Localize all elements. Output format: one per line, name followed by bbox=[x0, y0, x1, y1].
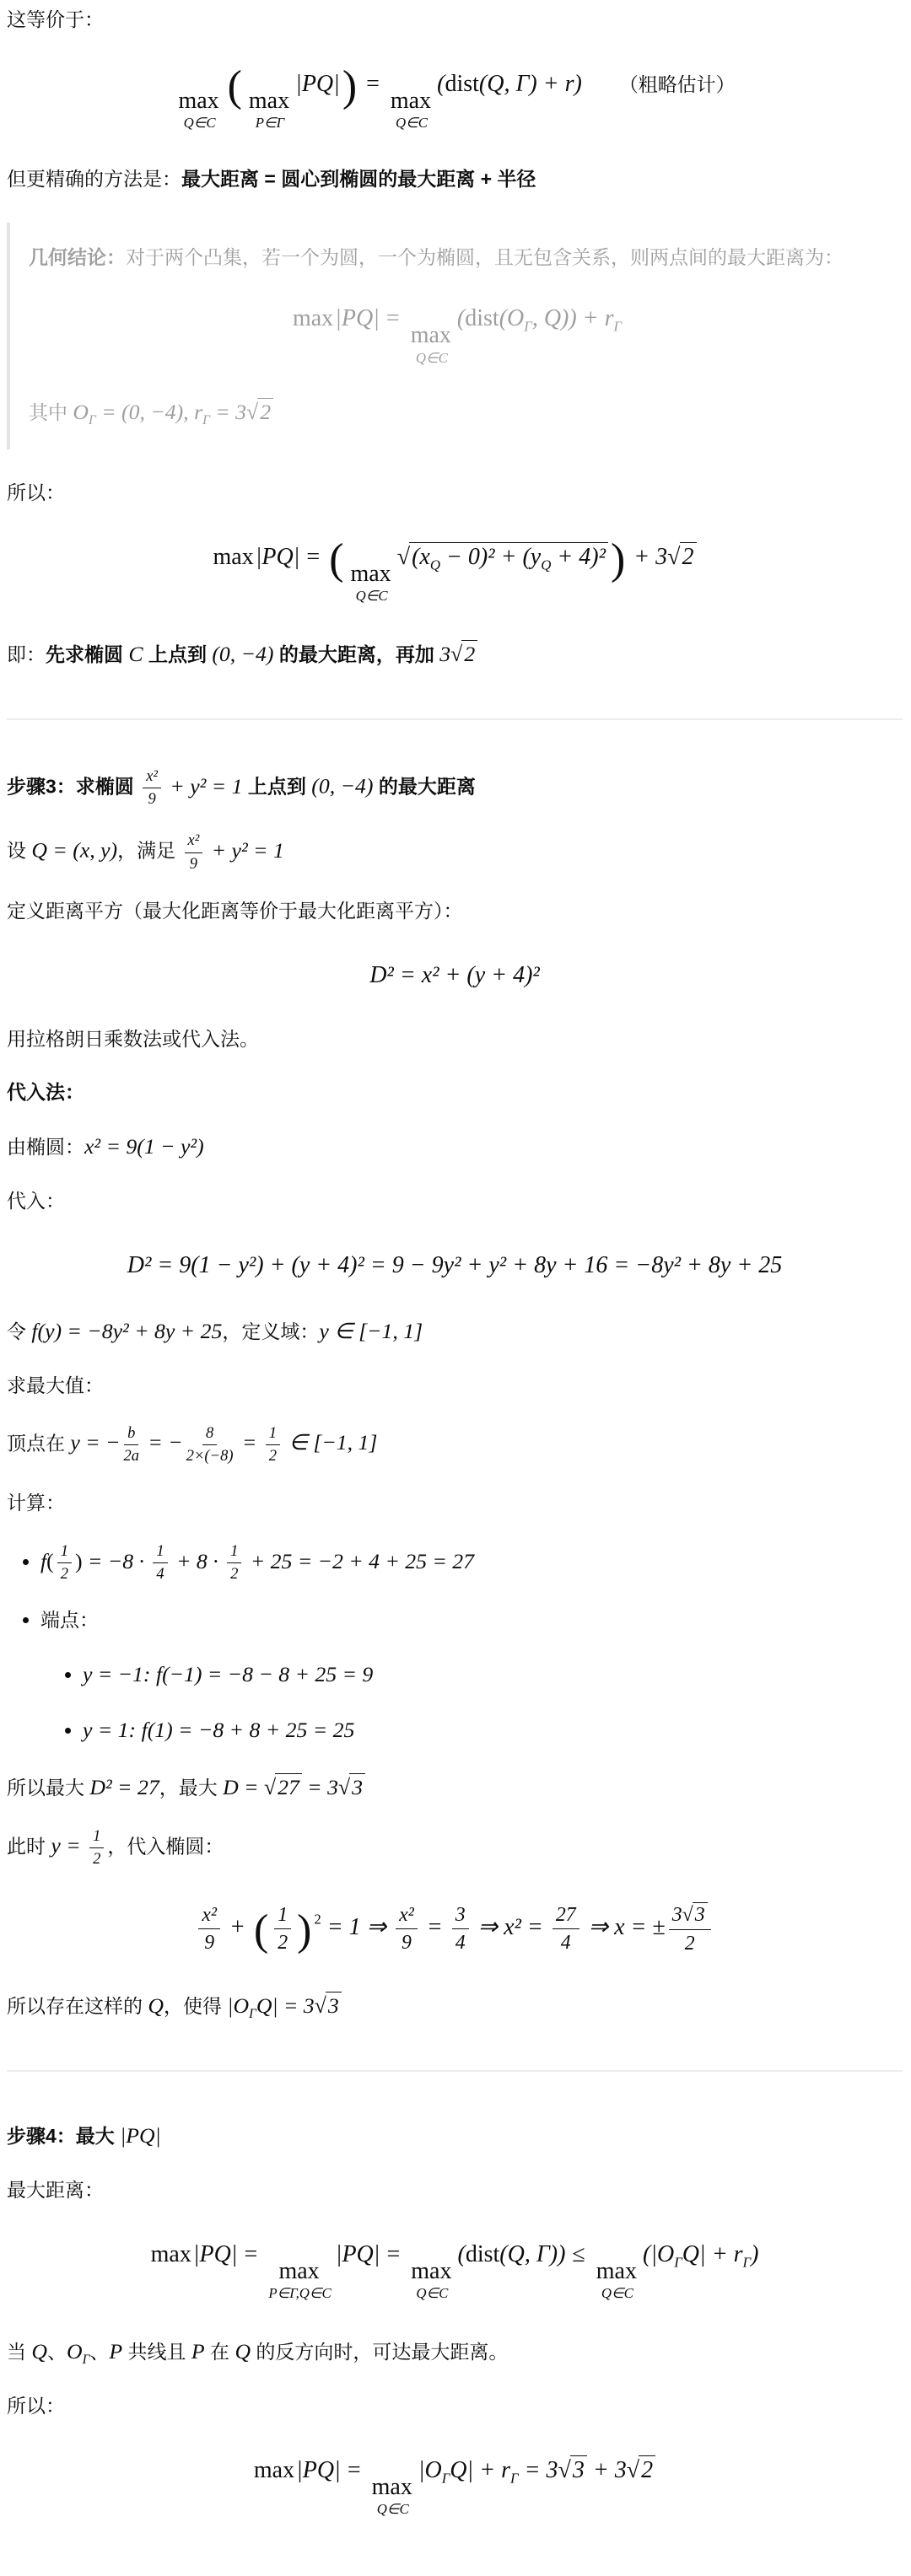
quote-paragraph: 其中 OΓ = (0, −4), rΓ = 3√2 bbox=[29, 395, 886, 429]
math: = bbox=[237, 1430, 262, 1455]
paragraph-max-distance-label: 最大距离： bbox=[7, 2175, 903, 2206]
max-label: max bbox=[178, 89, 218, 113]
max-operator: maxQ∈C bbox=[596, 2259, 639, 2301]
quote-paragraph: 几何结论：对于两个凸集，若一个为圆，一个为椭圆，且无包含关系，则两点间的最大距离… bbox=[29, 243, 886, 273]
denominator: 2 bbox=[230, 1563, 238, 1584]
list-item-endpoint-neg1: y = −1: f(−1) = −8 − 8 + 25 = 9 bbox=[83, 1658, 903, 1691]
math: Q bbox=[148, 1993, 164, 2018]
math: |O bbox=[418, 2457, 442, 2483]
math: y ∈ [−1, 1] bbox=[319, 1319, 423, 1343]
max-condition: Q∈C bbox=[416, 2286, 448, 2301]
equation-d-squared: D² = x² + (y + 4)² bbox=[7, 960, 903, 991]
heading-text: 上点到 bbox=[243, 776, 312, 798]
numerator: 3 bbox=[452, 1903, 469, 1930]
equation-bound: max|PQ|=maxP∈Γ,Q∈C|PQ|=maxQ∈C(dist(Q, Γ)… bbox=[7, 2240, 903, 2301]
math: + 8 · bbox=[171, 1549, 224, 1573]
big-paren-left: ( bbox=[254, 1906, 268, 1955]
math: D = bbox=[223, 1775, 264, 1799]
text: ，代入椭圆： bbox=[107, 1835, 224, 1857]
denominator: 4 bbox=[156, 1563, 164, 1584]
numerator: x² bbox=[185, 831, 203, 852]
math: (|O bbox=[643, 2241, 674, 2267]
denominator: 2 bbox=[685, 1930, 695, 1956]
math: = 3 bbox=[210, 400, 246, 424]
math: + y² = 1 bbox=[206, 838, 284, 863]
equation-expanded: D² = 9(1 − y²) + (y + 4)² = 9 − 9y² + y²… bbox=[7, 1250, 903, 1281]
radical-sign: √ bbox=[558, 2457, 570, 2483]
square-root: √2 bbox=[450, 642, 477, 666]
nested-bullet-list: y = −1: f(−1) = −8 − 8 + 25 = 9 y = 1: f… bbox=[40, 1658, 903, 1747]
paragraph-max-d: 所以最大 D² = 27，最大 D = √27 = 3√3 bbox=[7, 1771, 903, 1804]
subscript: Γ bbox=[442, 2470, 450, 2486]
max-label: max bbox=[293, 305, 333, 331]
math: |PQ| bbox=[336, 2241, 380, 2267]
fraction: 34 bbox=[452, 1903, 469, 1955]
equals: = bbox=[386, 2241, 400, 2267]
denominator: 9 bbox=[148, 788, 155, 809]
math: y = − bbox=[70, 1430, 120, 1455]
math: y = bbox=[51, 1833, 86, 1858]
paragraph-y-half: 此时 y = 12，代入椭圆： bbox=[7, 1827, 903, 1869]
numerator: x² bbox=[396, 1903, 418, 1930]
math: |PQ| bbox=[296, 2457, 341, 2483]
square-root: √(xQ − 0)² + (yQ + 4)² bbox=[397, 544, 608, 570]
math: ( bbox=[457, 305, 465, 331]
less-equal: ≤ bbox=[572, 2241, 585, 2267]
text: 当 bbox=[7, 2341, 31, 2363]
big-paren-left: ( bbox=[329, 535, 343, 583]
paragraph-method: 但更精确的方法是：最大距离 = 圆心到椭圆的最大距离 + 半径 bbox=[7, 164, 903, 195]
math: = (0, −4) bbox=[96, 400, 183, 424]
denominator: 9 bbox=[402, 1929, 412, 1955]
math: |O bbox=[227, 1993, 249, 2018]
radical-sign: √ bbox=[315, 1993, 326, 2018]
max-operator: maxQ∈C bbox=[372, 2475, 414, 2517]
math: r bbox=[605, 305, 614, 331]
text: 所以： bbox=[7, 481, 65, 503]
fraction: 274 bbox=[553, 1903, 579, 1955]
text: 计算： bbox=[7, 1492, 65, 1514]
heading-text: 的最大距离 bbox=[373, 776, 475, 798]
square-root: √3 bbox=[315, 1993, 342, 2018]
math: Q| = 3 bbox=[256, 1993, 315, 2018]
max-label: max bbox=[596, 2259, 637, 2283]
math: (Q, Γ) + r) bbox=[479, 71, 582, 97]
dist-label: dist bbox=[466, 2241, 499, 2267]
bold-text: 代入法： bbox=[7, 1081, 84, 1103]
heading-step3: 步骤3：求椭圆 x²9 + y² = 1 上点到 (0, −4) 的最大距离 bbox=[7, 767, 903, 809]
max-label: max bbox=[350, 562, 391, 586]
equals: = bbox=[366, 71, 380, 97]
math: + 25 = −2 + 4 + 25 = 27 bbox=[245, 1549, 474, 1573]
text: 这等价于： bbox=[7, 8, 104, 30]
max-label: max bbox=[411, 323, 451, 347]
radicand: 27 bbox=[275, 1773, 302, 1800]
text: 顶点在 bbox=[7, 1432, 70, 1454]
math: (0, −4) bbox=[212, 642, 273, 666]
subscript: Γ bbox=[249, 2008, 256, 2022]
radicand: 2 bbox=[680, 542, 697, 571]
denominator: 4 bbox=[455, 1929, 466, 1955]
text: 但更精确的方法是： bbox=[7, 168, 181, 190]
numerator: 1 bbox=[274, 1903, 291, 1930]
denominator: 2 bbox=[61, 1563, 68, 1584]
max-operator: maxQ∈C bbox=[391, 89, 433, 131]
fraction: x²9 bbox=[396, 1903, 418, 1955]
square-root: √27 bbox=[264, 1775, 302, 1799]
radicand: 3 bbox=[693, 1902, 708, 1927]
equation-quote: max|PQ|=maxQ∈C(dist(OΓ, Q)) + rΓ bbox=[29, 304, 886, 365]
max-operator: maxP∈Γ bbox=[249, 89, 291, 131]
text: 最大距离： bbox=[7, 2179, 104, 2201]
heading-step4: 步骤4：最大 |PQ| bbox=[7, 2119, 903, 2153]
paragraph-function: 令 f(y) = −8y² + 8y + 25，定义域：y ∈ [−1, 1] bbox=[7, 1315, 903, 1348]
dist-label: dist bbox=[445, 71, 478, 97]
math: + bbox=[224, 1914, 251, 1940]
subscript: Γ bbox=[743, 2254, 752, 2270]
math: (x bbox=[412, 544, 430, 570]
list-item-endpoints: 端点： y = −1: f(−1) = −8 − 8 + 25 = 9 y = … bbox=[40, 1605, 903, 1746]
annotation: （粗略估计） bbox=[619, 73, 736, 95]
big-paren-right: ) bbox=[342, 62, 357, 110]
numerator: 3√3 bbox=[669, 1902, 711, 1930]
math: , bbox=[183, 400, 194, 424]
bold-text: 先求椭圆 bbox=[46, 643, 128, 665]
equation-final-answer: max|PQ|=maxQ∈C|OΓQ| + rΓ = 3√3 + 3√2 bbox=[7, 2455, 903, 2517]
radical-sign: √ bbox=[627, 2457, 639, 2483]
paragraph-exists-q: 所以存在这样的 Q，使得 |OΓQ| = 3√3 bbox=[7, 1989, 903, 2023]
math: O bbox=[67, 2339, 83, 2364]
text: ，满足 bbox=[117, 840, 181, 862]
radicand: 3 bbox=[570, 2455, 587, 2484]
max-operator: maxQ∈C bbox=[178, 89, 220, 131]
max-condition: Q∈C bbox=[396, 116, 428, 131]
paragraph-setup: 设 Q = (x, y)，满足 x²9 + y² = 1 bbox=[7, 831, 903, 874]
equals: = bbox=[386, 305, 400, 331]
math: Q| + r bbox=[682, 2241, 743, 2267]
paragraph-define: 定义距离平方（最大化距离等价于最大化距离平方）： bbox=[7, 896, 903, 927]
text: 设 bbox=[7, 840, 31, 862]
text: 的反方向时，可达最大距离。 bbox=[251, 2341, 508, 2363]
math: = 3 bbox=[302, 1775, 338, 1799]
blockquote-geometry: 几何结论：对于两个凸集，若一个为圆，一个为椭圆，且无包含关系，则两点间的最大距离… bbox=[7, 223, 903, 449]
fraction: 12 bbox=[227, 1542, 241, 1584]
math: − 0)² + (y bbox=[440, 544, 541, 570]
paragraph-from-ellipse: 由椭圆：x² = 9(1 − y²) bbox=[7, 1130, 903, 1164]
max-condition: Q∈C bbox=[377, 2502, 409, 2517]
heading-text: 步骤4：最大 bbox=[7, 2125, 120, 2147]
radical-sign: √ bbox=[264, 1775, 276, 1799]
math: P bbox=[109, 2339, 122, 2364]
big-paren-right: ) bbox=[611, 535, 625, 583]
subscript: Q bbox=[430, 557, 440, 573]
math: 3 bbox=[439, 642, 450, 666]
denominator: 2a bbox=[123, 1445, 139, 1465]
math: ⇒ x = ± bbox=[583, 1914, 666, 1940]
math: ∈ [−1, 1] bbox=[283, 1430, 377, 1455]
math: x²9 + y² = 1 bbox=[139, 774, 242, 799]
fraction: x²9 bbox=[185, 831, 203, 874]
fraction: b2a bbox=[123, 1424, 139, 1466]
math: x²9 + y² = 1 bbox=[181, 838, 284, 863]
fraction: 12 bbox=[274, 1903, 291, 1955]
fraction: 82×(−8) bbox=[186, 1424, 234, 1466]
exponent: 2 bbox=[314, 1912, 321, 1928]
numerator: 1 bbox=[266, 1424, 280, 1445]
numerator: b bbox=[124, 1424, 138, 1445]
square-root: √2 bbox=[246, 400, 273, 424]
math: + 3 bbox=[628, 544, 667, 570]
math: ( bbox=[457, 2241, 465, 2267]
divider bbox=[7, 718, 903, 720]
math: Q| + r bbox=[450, 2457, 510, 2483]
math: D² = 9(1 − y²) + (y + 4)² = 9 − 9y² + y²… bbox=[127, 1252, 783, 1278]
radical-sign: √ bbox=[246, 400, 258, 424]
big-paren-right: ) bbox=[297, 1906, 311, 1955]
square-root: √2 bbox=[627, 2457, 655, 2483]
math: |OΓQ| = 3√3 bbox=[227, 1993, 341, 2018]
text: 共线且 bbox=[122, 2341, 191, 2363]
paragraph-methods: 用拉格朗日乘数法或代入法。 bbox=[7, 1024, 903, 1055]
max-condition: Q∈C bbox=[416, 351, 448, 366]
numerator: x² bbox=[143, 767, 161, 788]
math: + 4)² bbox=[551, 544, 606, 570]
max-label: max bbox=[411, 2259, 451, 2283]
text: 由椭圆： bbox=[7, 1136, 84, 1158]
subscript: Γ bbox=[202, 413, 210, 428]
math: OΓ = (0, −4), rΓ = 3√2 bbox=[73, 400, 273, 424]
text: 在 bbox=[205, 2341, 235, 2363]
paragraph-intro: 这等价于： bbox=[7, 5, 903, 35]
radical-sign: √ bbox=[397, 544, 410, 570]
radicand: 3 bbox=[326, 1992, 342, 2019]
numerator: 27 bbox=[553, 1903, 579, 1930]
math: x² = 9(1 − y²) bbox=[84, 1134, 204, 1159]
math: ( bbox=[499, 305, 507, 331]
radicand: 2 bbox=[639, 2455, 655, 2484]
denominator: 4 bbox=[561, 1929, 571, 1955]
equation-max-distance: max|PQ|=(maxQ∈C√(xQ − 0)² + (yQ + 4)²) +… bbox=[7, 542, 903, 604]
max-condition: P∈Γ bbox=[256, 116, 284, 131]
paragraph-substitute: 代入： bbox=[7, 1186, 903, 1217]
math: |PQ| bbox=[295, 71, 340, 97]
text: ，使得 bbox=[164, 1995, 227, 2017]
text: 、 bbox=[47, 2341, 67, 2363]
math: O bbox=[507, 305, 524, 331]
text: 即： bbox=[7, 643, 46, 665]
paragraph-collinear: 当 Q、OΓ、P 共线且 P 在 Q 的反方向时，可达最大距离。 bbox=[7, 2335, 903, 2369]
quote-label: 几何结论： bbox=[29, 246, 126, 268]
numerator: x² bbox=[198, 1903, 220, 1930]
document: 这等价于： maxQ∈C(maxP∈Γ|PQ|)=maxQ∈C(dist(Q, … bbox=[0, 0, 911, 2576]
text: ，定义域： bbox=[222, 1320, 319, 1342]
max-label: max bbox=[372, 2475, 412, 2499]
equals: = bbox=[245, 2241, 258, 2267]
math: 3 bbox=[672, 1904, 682, 1926]
radical-sign: √ bbox=[338, 1775, 350, 1799]
math: f(12) = −8 · 14 + 8 · 12 + 25 = −2 + 4 +… bbox=[40, 1549, 474, 1573]
max-condition: P∈Γ,Q∈C bbox=[268, 2286, 331, 2301]
list-item-endpoint-pos1: y = 1: f(1) = −8 + 8 + 25 = 25 bbox=[83, 1713, 903, 1747]
math: |PQ| bbox=[193, 2241, 238, 2267]
subscript: Γ bbox=[89, 413, 96, 428]
fraction: 14 bbox=[153, 1542, 167, 1584]
square-root: √3 bbox=[338, 1775, 365, 1799]
list-item-vertex-value: f(12) = −8 · 14 + 8 · 12 + 25 = −2 + 4 +… bbox=[40, 1542, 903, 1584]
fraction: 12 bbox=[266, 1424, 280, 1466]
paragraph-find-max: 求最大值： bbox=[7, 1371, 903, 1401]
math: C bbox=[128, 642, 143, 666]
paragraph-vertex: 顶点在 y = −b2a = −82×(−8) = 12 ∈ [−1, 1] bbox=[7, 1424, 903, 1466]
numerator: 1 bbox=[227, 1542, 241, 1563]
math: = bbox=[421, 1914, 449, 1940]
fraction: x²9 bbox=[198, 1903, 220, 1955]
subscript: Γ bbox=[613, 319, 622, 335]
math: r bbox=[194, 400, 202, 424]
equation-rough-estimate: maxQ∈C(maxP∈Γ|PQ|)=maxQ∈C(dist(Q, Γ) + r… bbox=[7, 69, 903, 131]
math: |PQ| bbox=[335, 305, 380, 331]
math: ( bbox=[46, 1549, 54, 1573]
big-paren-left: ( bbox=[228, 62, 242, 110]
subscript: Q bbox=[541, 557, 551, 573]
denominator: 2 bbox=[93, 1848, 100, 1869]
dist-label: dist bbox=[465, 305, 499, 331]
text: 端点： bbox=[40, 1609, 99, 1631]
subscript: Γ bbox=[674, 2254, 682, 2270]
divider bbox=[7, 2070, 903, 2072]
math: Q = (x, y) bbox=[31, 838, 117, 863]
bold-text: 的最大距离，再加 bbox=[274, 643, 440, 665]
max-condition: Q∈C bbox=[356, 589, 388, 604]
heading-text: 步骤3：求椭圆 bbox=[7, 776, 139, 798]
math: D = √27 = 3√3 bbox=[223, 1775, 365, 1799]
math: = −8 · bbox=[83, 1549, 150, 1573]
numerator: 1 bbox=[89, 1827, 104, 1848]
text: 代入： bbox=[7, 1190, 65, 1212]
denominator: 2×(−8) bbox=[186, 1445, 234, 1465]
text: 其中 bbox=[29, 401, 73, 423]
subscript: Γ bbox=[524, 319, 532, 335]
text: 所以最大 bbox=[7, 1777, 89, 1799]
denominator: 9 bbox=[190, 853, 197, 874]
radical-sign: √ bbox=[667, 544, 680, 570]
math: f(y) = −8y² + 8y + 25 bbox=[31, 1319, 222, 1343]
text: 定义距离平方（最大化距离等价于最大化距离平方）： bbox=[7, 900, 463, 922]
paragraph-therefore: 所以： bbox=[7, 478, 903, 508]
math: O bbox=[73, 400, 89, 424]
bold-text: 最大距离 = 圆心到椭圆的最大距离 + 半径 bbox=[181, 168, 536, 190]
max-condition: Q∈C bbox=[601, 2286, 633, 2301]
text: 用拉格朗日乘数法或代入法。 bbox=[7, 1028, 259, 1050]
denominator: 2 bbox=[269, 1445, 277, 1465]
max-label: max bbox=[151, 2241, 191, 2267]
text: ，最大 bbox=[159, 1777, 223, 1799]
paragraph-final-therefore: 所以： bbox=[7, 2391, 903, 2422]
text: 令 bbox=[7, 1320, 31, 1342]
max-operator: maxP∈Γ,Q∈C bbox=[268, 2259, 331, 2301]
max-operator: maxQ∈C bbox=[411, 323, 453, 365]
square-root: √3 bbox=[682, 1904, 708, 1926]
equals: = bbox=[348, 2457, 361, 2483]
numerator: 1 bbox=[57, 1542, 72, 1563]
paragraph-compute: 计算： bbox=[7, 1488, 903, 1519]
math: D² = 27 bbox=[89, 1775, 159, 1799]
max-operator: maxQ∈C bbox=[411, 2259, 453, 2301]
max-label: max bbox=[254, 2457, 294, 2483]
math: y = 1: f(1) = −8 + 8 + 25 = 25 bbox=[83, 1718, 354, 1742]
subscript: Γ bbox=[510, 2470, 519, 2486]
math: ) bbox=[751, 2241, 758, 2267]
max-label: max bbox=[213, 544, 253, 570]
text: 所以： bbox=[7, 2395, 65, 2417]
fraction: 3√32 bbox=[669, 1902, 711, 1955]
math: + 3 bbox=[587, 2457, 627, 2483]
paragraph-substitution-label: 代入法： bbox=[7, 1078, 903, 1108]
numerator: 1 bbox=[153, 1542, 167, 1563]
numerator: 8 bbox=[202, 1424, 217, 1445]
text: 此时 bbox=[7, 1835, 51, 1857]
square-root: √2 bbox=[667, 544, 696, 570]
max-label: max bbox=[391, 89, 431, 113]
denominator: 2 bbox=[278, 1929, 288, 1955]
square-root: √3 bbox=[558, 2457, 586, 2483]
radicand: 2 bbox=[461, 640, 477, 667]
math: OΓ bbox=[67, 2339, 89, 2364]
bold-text: 上点到 bbox=[143, 643, 213, 665]
text: 、 bbox=[89, 2341, 109, 2363]
math: (Q, Γ)) bbox=[499, 2241, 565, 2267]
max-operator: maxQ∈C bbox=[350, 562, 392, 604]
denominator: 9 bbox=[204, 1929, 214, 1955]
math: |PQ| bbox=[256, 544, 300, 570]
radicand: 2 bbox=[257, 398, 273, 425]
radicand: (xQ − 0)² + (yQ + 4)² bbox=[409, 542, 608, 571]
math: , Q)) + bbox=[532, 305, 605, 331]
math: P bbox=[191, 2339, 205, 2364]
text: 对于两个凸集，若一个为圆，一个为椭圆，且无包含关系，则两点间的最大距离为： bbox=[126, 246, 844, 268]
equals: = bbox=[306, 544, 320, 570]
text: 所以存在这样的 bbox=[7, 1995, 148, 2017]
math: y = 12 bbox=[51, 1833, 107, 1858]
math: + y² = 1 bbox=[164, 774, 243, 799]
math: = 1 ⇒ bbox=[321, 1914, 392, 1940]
text: 求最大值： bbox=[7, 1374, 104, 1396]
paragraph-summary: 即：先求椭圆 C 上点到 (0, −4) 的最大距离，再加 3√2 bbox=[7, 637, 903, 671]
equation-solve-x: x²9 + (12)2 = 1 ⇒ x²9 = 34 ⇒ x² = 274 ⇒ … bbox=[7, 1902, 903, 1955]
math: ) bbox=[75, 1549, 83, 1573]
radical-sign: √ bbox=[450, 642, 462, 666]
math: D² = x² + (y + 4)² bbox=[369, 962, 540, 988]
fraction: 12 bbox=[89, 1827, 104, 1869]
fraction: x²9 bbox=[143, 767, 161, 809]
fraction: 12 bbox=[57, 1542, 72, 1584]
math: Q bbox=[234, 2339, 251, 2364]
math: y = −b2a = −82×(−8) = 12 ∈ [−1, 1] bbox=[70, 1430, 377, 1455]
math: y = −1: f(−1) = −8 − 8 + 25 = 9 bbox=[83, 1662, 373, 1686]
math: Q bbox=[31, 2339, 47, 2364]
max-label: max bbox=[278, 2259, 319, 2283]
math: (0, −4) bbox=[311, 774, 373, 799]
math: ⇒ x² = bbox=[472, 1914, 549, 1940]
math: = 3 bbox=[519, 2457, 558, 2483]
math: |PQ| bbox=[120, 2123, 160, 2148]
math: = − bbox=[143, 1430, 183, 1455]
bullet-list: f(12) = −8 · 14 + 8 · 12 + 25 = −2 + 4 +… bbox=[7, 1542, 903, 1747]
max-label: max bbox=[249, 89, 289, 113]
math: 3√2 bbox=[439, 642, 477, 666]
max-condition: Q∈C bbox=[184, 116, 216, 131]
radicand: 3 bbox=[349, 1773, 365, 1800]
